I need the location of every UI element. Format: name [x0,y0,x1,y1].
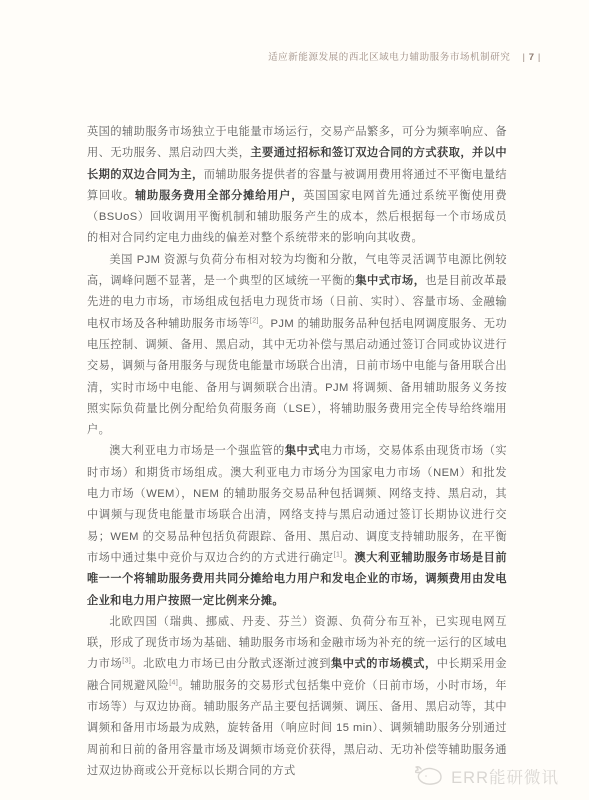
paragraph-nordic-market: 北欧四国（瑞典、挪威、丹麦、芬兰）资源、负荷分布互补，已实现电网互联，形成了现货… [87,612,507,782]
page-number: | 7 | [522,52,541,63]
page-header: 适应新能源发展的西北区域电力辅助服务市场机制研究 | 7 | [268,49,541,63]
paragraph-australia-market: 澳大利亚电力市场是一个强监管的集中式电力市场，交易体系由现货市场（实时市场）和期… [87,441,507,611]
running-title: 适应新能源发展的西北区域电力辅助服务市场机制研究 [268,49,510,63]
watermark: ERR能研微讯 [415,764,559,788]
document-page: 适应新能源发展的西北区域电力辅助服务市场机制研究 | 7 | 英国的辅助服务市场… [0,0,589,800]
document-body: 英国的辅助服务市场独立于电能量市场运行，交易产品繁多，可分为频率响应、备用、无功… [87,122,507,782]
watermark-text: ERR能研微讯 [451,764,559,788]
whale-logo-icon [415,765,445,787]
paragraph-pjm-market: 美国 PJM 资源与负荷分布相对较为均衡和分散，气电等灵活调节电源比例较高，调峰… [87,250,507,442]
paragraph-uk-market: 英国的辅助服务市场独立于电能量市场运行，交易产品繁多，可分为频率响应、备用、无功… [87,122,507,250]
